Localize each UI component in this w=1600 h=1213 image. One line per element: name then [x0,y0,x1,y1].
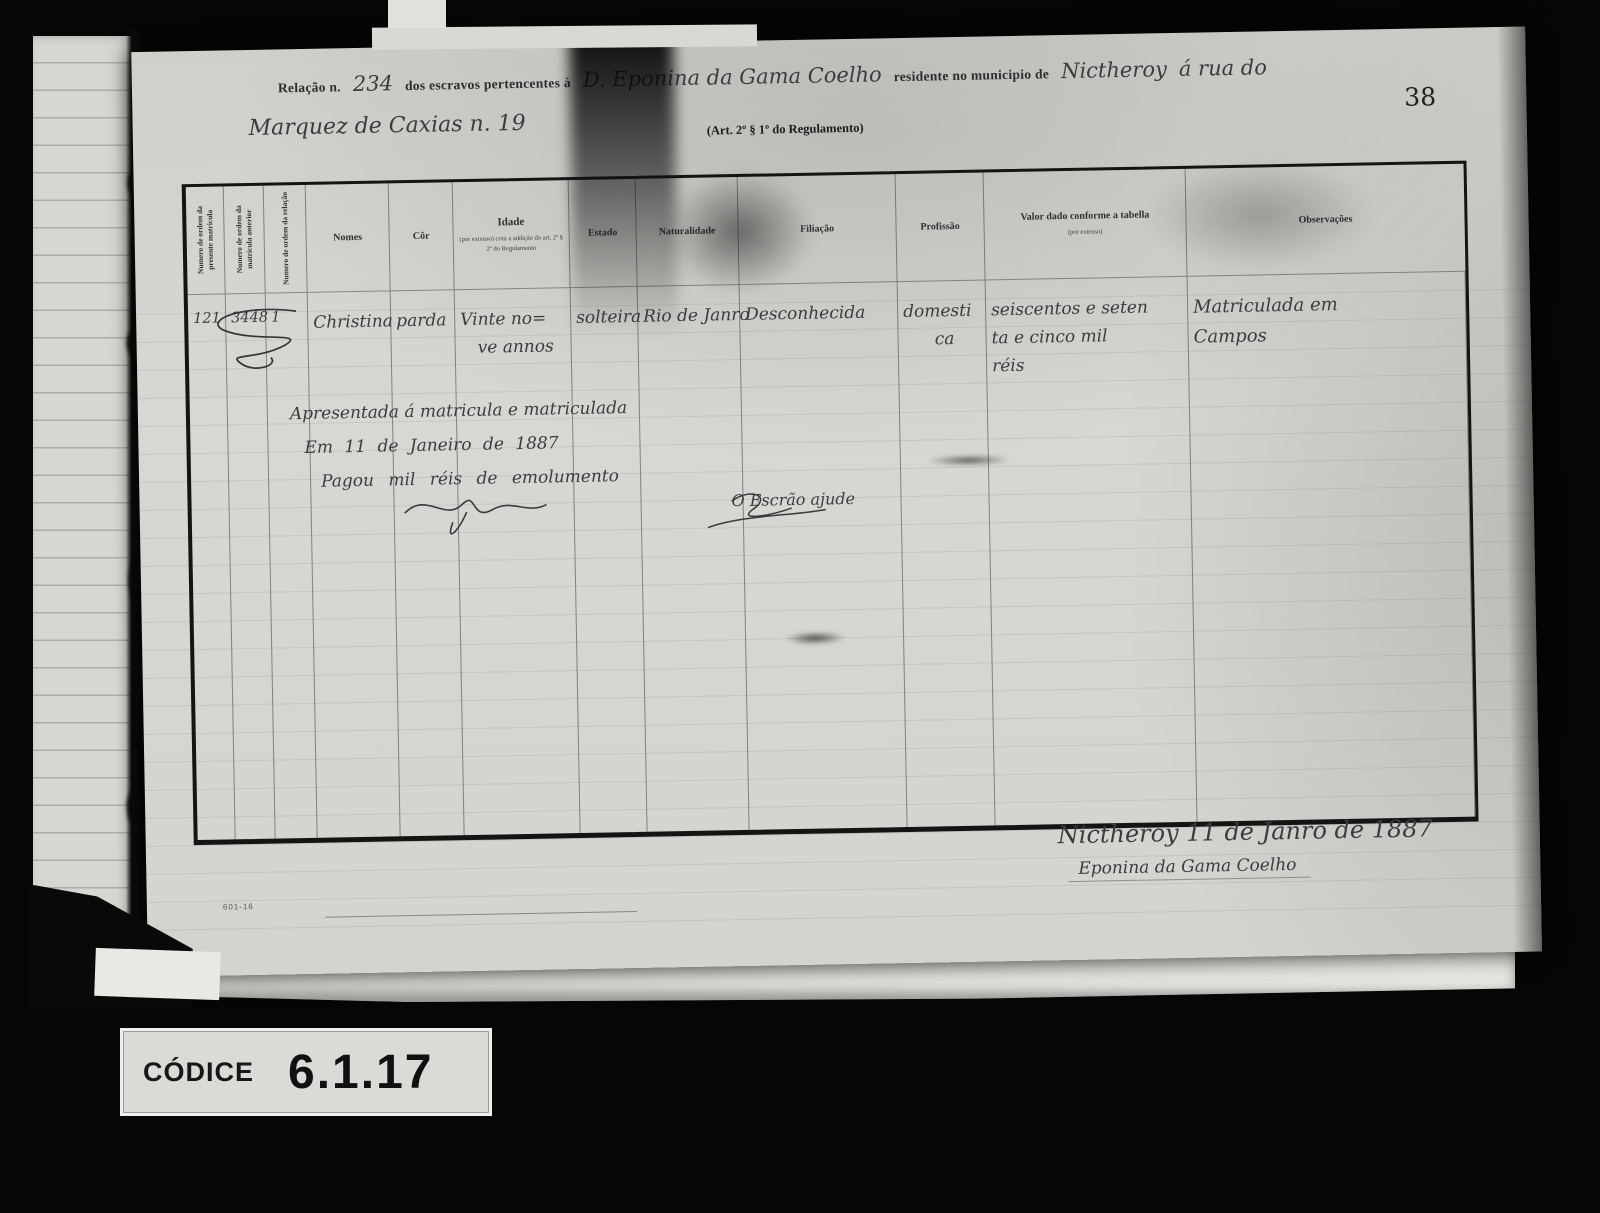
secondary-signature-flourish [701,485,832,537]
pertencentes-label: dos escravos pertencentes à [405,75,571,94]
residente-label: residente no municipio de [894,66,1050,85]
paper-tab-small [388,0,446,28]
regulation-reference: (Art. 2º § 1º do Regulamento) [707,121,864,139]
binding-blot [127,790,143,824]
paper-scrap [94,948,221,1000]
column-header-num-relacao: Numero de ordem da relação [264,185,308,294]
cell-observacoes: Matriculada em Campos [1188,272,1476,822]
column-header-idade: Idade(por extenso) com a addição do art.… [453,180,571,290]
column-header-nomes: Nomes [306,183,391,293]
clerk-signature-flourish [396,480,587,538]
relacao-label: Relação n. [278,79,341,96]
street-prefix: á rua do [1179,55,1267,81]
cell-filiacao: Desconhecida [740,282,908,830]
column-header-profissao: Profissão [896,173,986,283]
scanned-document-photo: Relação n. 234 dos escravos pertencentes… [0,0,1600,1213]
municipio-name: Nictheroy [1061,57,1167,83]
form-header-line: Relação n. 234 dos escravos pertencentes… [278,51,1528,98]
street-address: Marquez de Caxias n. 19 [248,111,525,141]
codice-word: CÓDICE [143,1057,254,1088]
owner-signature: Eponina da Gama Coelho [1068,855,1311,882]
ink-dash [784,631,846,645]
cell-naturalidade: Rio de Janro [638,285,750,832]
fold-shadow [569,30,679,337]
ink-dash [927,454,1011,467]
cell-cor: parda [391,290,465,836]
form-print-code: 601-16 [223,902,254,912]
rubric-flourish [196,303,327,377]
cell-valor: seiscentos e seten ta e cinco mil réis [986,277,1198,826]
paper-tab-wide [372,24,757,49]
codice-number: 6.1.17 [288,1045,433,1100]
relacao-number: 234 [353,71,394,96]
column-header-num-presente: Numero de ordem da presente matricula [186,186,226,295]
cell-idade: Vinte no= ve annos [455,288,581,835]
cell-profissao: domesti ca [898,280,996,827]
column-header-num-anterior: Numero de ordem da matricula anterior [224,186,266,295]
cell-estado: solteira [571,287,648,833]
page-number: 38 [1404,82,1436,112]
lined-page-edge [33,36,132,933]
document-page: Relação n. 234 dos escravos pertencentes… [131,27,1542,977]
archive-codice-label: CÓDICE 6.1.17 [120,1028,492,1116]
column-header-cor: Côr [389,182,455,291]
